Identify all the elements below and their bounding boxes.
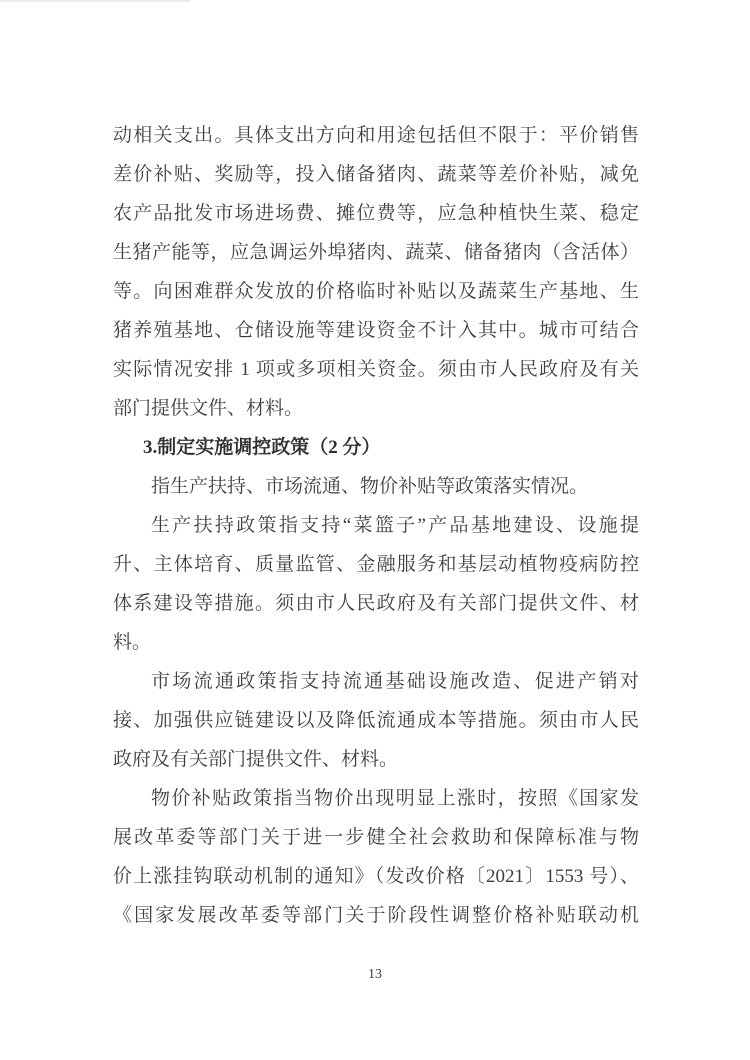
text-line: 料。 bbox=[113, 623, 639, 662]
text-line: 政府及有关部门提供文件、材料。 bbox=[113, 740, 639, 779]
text-line: 生产扶持政策指支持“菜篮子”产品基地建设、设施提 bbox=[113, 506, 639, 545]
page-number: 13 bbox=[0, 966, 750, 984]
text-line: 展改革委等部门关于进一步健全社会救助和保障标准与物 bbox=[113, 818, 639, 857]
text-line: 市场流通政策指支持流通基础设施改造、促进产销对 bbox=[113, 662, 639, 701]
text-line: 《国家发展改革委等部门关于阶段性调整价格补贴联动机 bbox=[113, 896, 639, 935]
paragraph-policy-overview: 指生产扶持、市场流通、物价补贴等政策落实情况。 bbox=[113, 467, 639, 506]
text-line: 猪养殖基地、仓储设施等建设资金不计入其中。城市可结合 bbox=[113, 311, 639, 350]
paragraph-funding-scope: 动相关支出。具体支出方向和用途包括但不限于：平价销售差价补贴、奖励等，投入储备猪… bbox=[113, 116, 639, 428]
paragraph-production-support: 生产扶持政策指支持“菜篮子”产品基地建设、设施提升、主体培育、质量监管、金融服务… bbox=[113, 506, 639, 662]
text-line: 物价补贴政策指当物价出现明显上涨时，按照《国家发 bbox=[113, 779, 639, 818]
text-line: 等。向困难群众发放的价格临时补贴以及蔬菜生产基地、生 bbox=[113, 272, 639, 311]
text-line: 动相关支出。具体支出方向和用途包括但不限于：平价销售 bbox=[113, 116, 639, 155]
text-line: 指生产扶持、市场流通、物价补贴等政策落实情况。 bbox=[113, 467, 639, 506]
text-line: 差价补贴、奖励等，投入储备猪肉、蔬菜等差价补贴，减免 bbox=[113, 155, 639, 194]
paragraph-market-circulation: 市场流通政策指支持流通基础设施改造、促进产销对接、加强供应链建设以及降低流通成本… bbox=[113, 662, 639, 779]
text-line: 实际情况安排 1 项或多项相关资金。须由市人民政府及有关 bbox=[113, 350, 639, 389]
text-line: 接、加强供应链建设以及降低流通成本等措施。须由市人民 bbox=[113, 701, 639, 740]
text-line: 农产品批发市场进场费、摊位费等，应急种植快生菜、稳定 bbox=[113, 194, 639, 233]
text-line: 生猪产能等，应急调运外埠猪肉、蔬菜、储备猪肉（含活体） bbox=[113, 233, 639, 272]
text-line: 升、主体培育、质量监管、金融服务和基层动植物疫病防控 bbox=[113, 545, 639, 584]
paragraph-price-subsidy: 物价补贴政策指当物价出现明显上涨时，按照《国家发展改革委等部门关于进一步健全社会… bbox=[113, 779, 639, 935]
text-line: 部门提供文件、材料。 bbox=[113, 389, 639, 428]
text-line: 体系建设等措施。须由市人民政府及有关部门提供文件、材 bbox=[113, 584, 639, 623]
document-text: 动相关支出。具体支出方向和用途包括但不限于：平价销售差价补贴、奖励等，投入储备猪… bbox=[113, 116, 639, 935]
heading-section-3: 3.制定实施调控政策（2 分） bbox=[113, 428, 639, 467]
page-top-edge bbox=[0, 0, 190, 2]
heading-line: 3.制定实施调控政策（2 分） bbox=[113, 428, 639, 467]
text-line: 价上涨挂钩联动机制的通知》（发改价格〔2021〕1553 号）、 bbox=[113, 857, 639, 896]
